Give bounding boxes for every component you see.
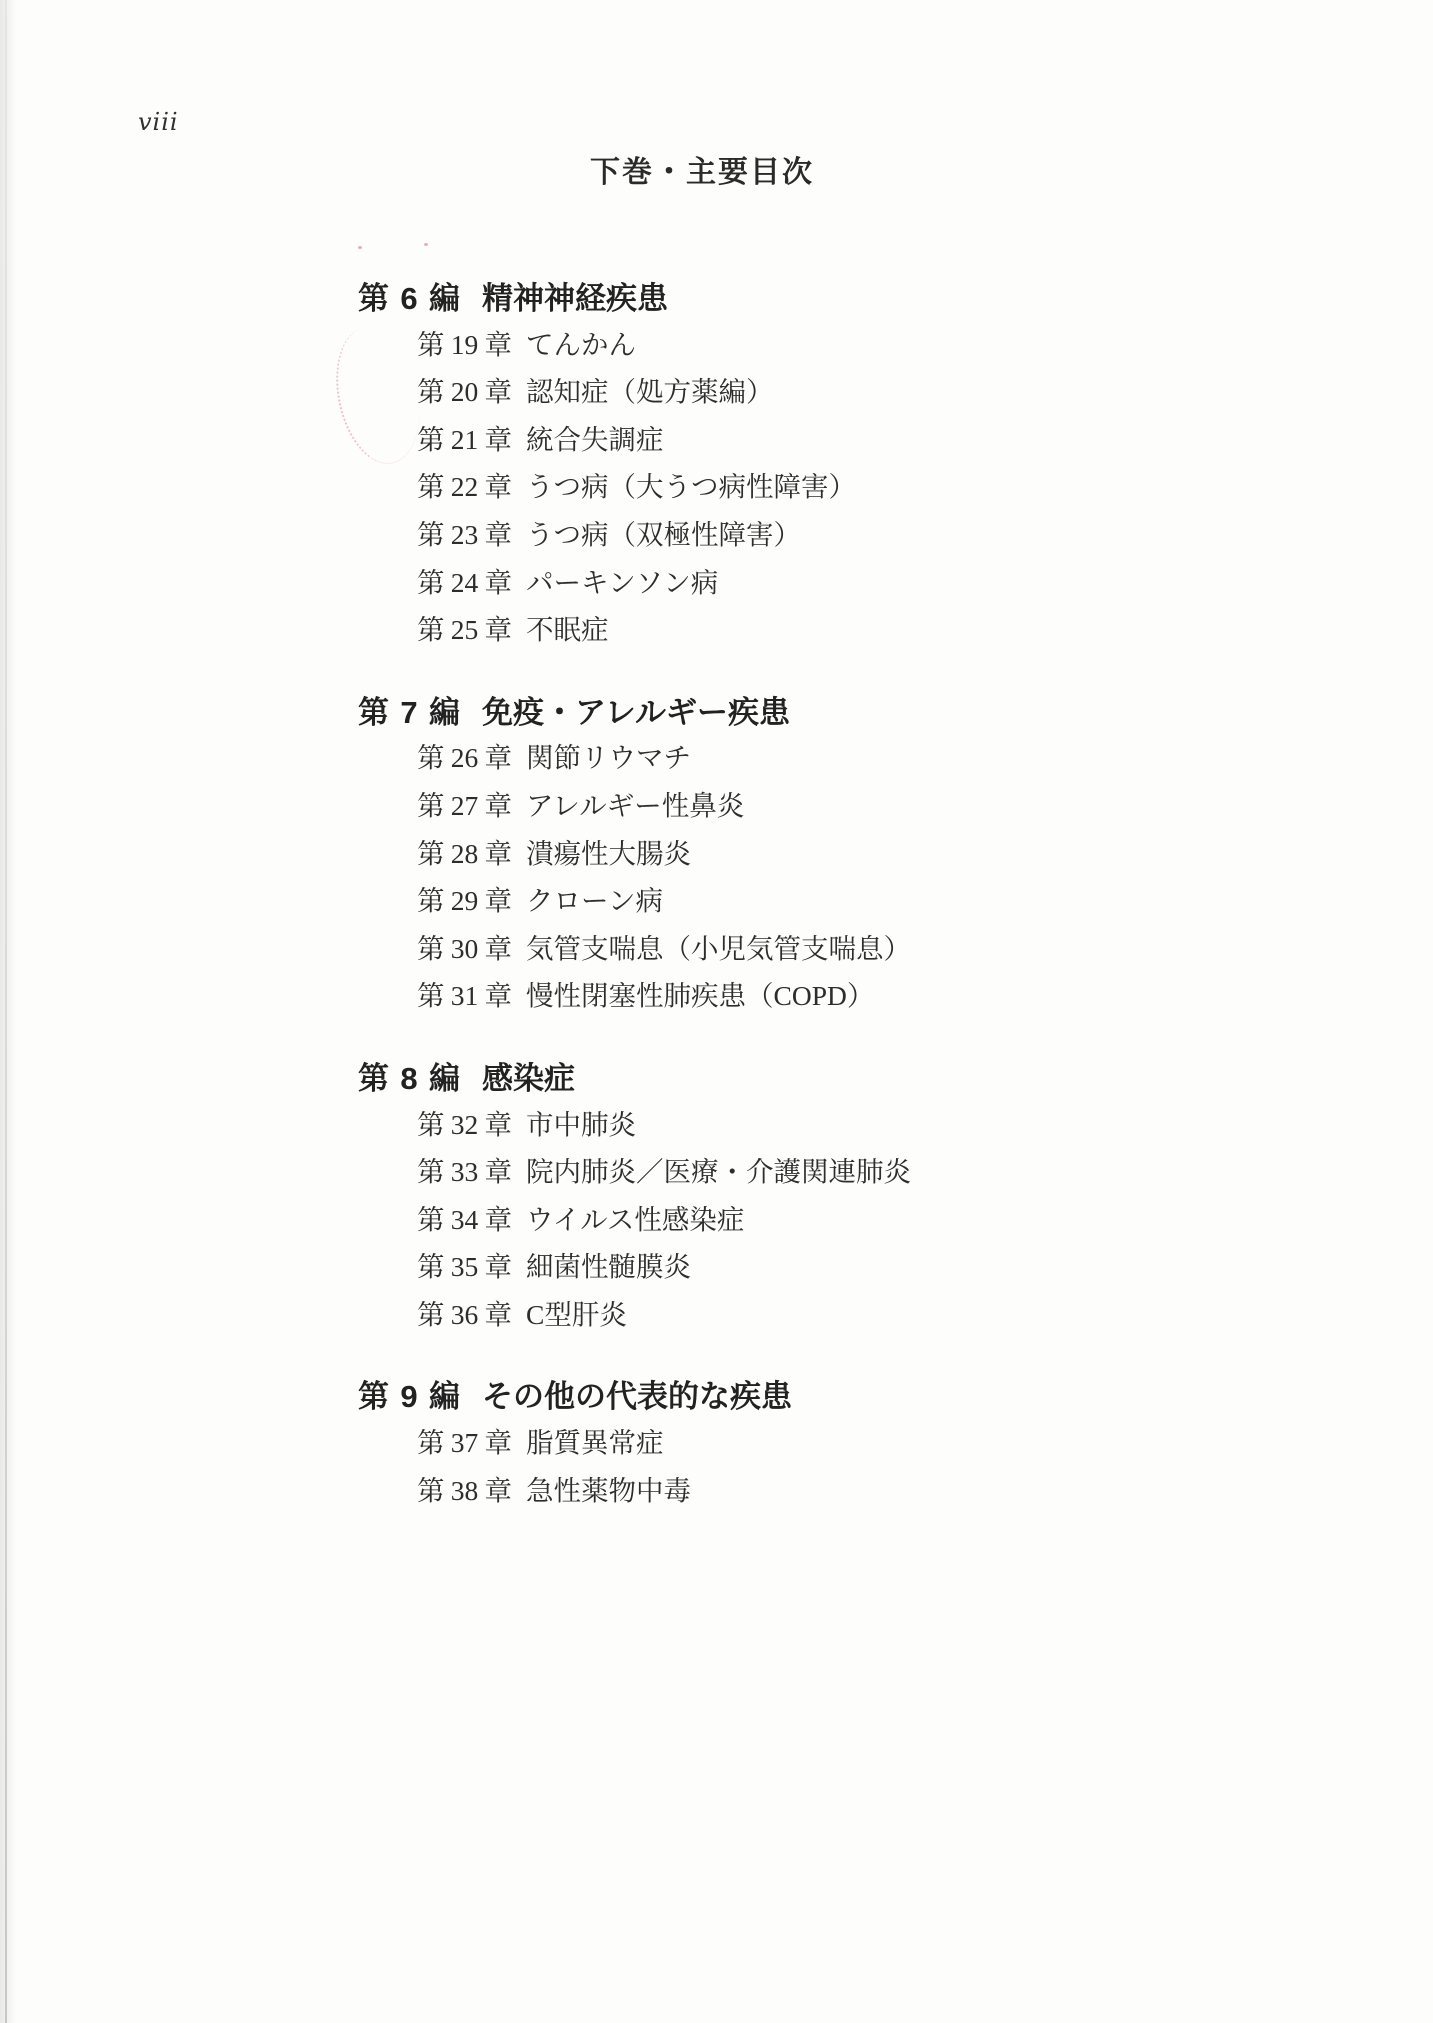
chapter-label: 第24章: [417, 567, 512, 598]
pink-speck: [424, 243, 428, 246]
chapter-title: 統合失調症: [526, 424, 664, 455]
chapter-label: 第34章: [417, 1204, 512, 1235]
part-heading: 第7編免疫・アレルギー疾患: [0, 697, 1433, 745]
chapter-label: 第32章: [417, 1109, 512, 1140]
chapter-label: 第29章: [417, 885, 512, 916]
chapter-title: C型肝炎: [526, 1299, 627, 1330]
chapter-number: 20: [445, 378, 485, 406]
chapter-row: 第30章気管支喘息（小児気管支喘息）: [0, 935, 1433, 983]
chapter-row: 第34章ウイルス性感染症: [0, 1206, 1433, 1254]
chapter-title: クローン病: [526, 885, 663, 916]
chapter-number: 23: [445, 521, 485, 549]
chapter-row: 第35章細菌性髄膜炎: [0, 1253, 1433, 1301]
chapter-row: 第23章うつ病（双極性障害）: [0, 521, 1433, 569]
part-heading: 第9編その他の代表的な疾患: [0, 1381, 1433, 1429]
chapter-row: 第31章慢性閉塞性肺疾患（COPD）: [0, 982, 1433, 1030]
chapter-label: 第25章: [417, 614, 512, 645]
chapter-label: 第28章: [417, 838, 512, 869]
chapter-title: パーキンソン病: [526, 567, 718, 598]
part-number: 7: [389, 697, 429, 728]
chapter-label: 第30章: [417, 933, 512, 964]
chapter-title: 市中肺炎: [526, 1109, 636, 1140]
pink-speck: [358, 246, 362, 249]
part-label: 第9編: [358, 1379, 460, 1414]
chapter-label: 第31章: [417, 980, 512, 1011]
chapter-row: 第25章不眠症: [0, 616, 1433, 664]
chapter-row: 第33章院内肺炎／医療・介護関連肺炎: [0, 1158, 1433, 1206]
toc-section-part6: 第6編精神神経疾患 第19章てんかん 第20章認知症（処方薬編） 第21章統合失…: [0, 283, 1433, 664]
chapter-label: 第36章: [417, 1299, 512, 1330]
part-title: その他の代表的な疾患: [482, 1379, 792, 1414]
chapter-title: 気管支喘息（小児気管支喘息）: [526, 933, 911, 964]
chapter-number: 22: [445, 473, 485, 501]
part-heading: 第8編感染症: [0, 1063, 1433, 1111]
part-title: 感染症: [482, 1061, 575, 1096]
part-title: 免疫・アレルギー疾患: [482, 695, 790, 730]
chapter-label: 第23章: [417, 519, 512, 550]
part-label: 第6編: [358, 281, 460, 316]
chapter-row: 第38章急性薬物中毒: [0, 1477, 1433, 1525]
chapter-number: 19: [445, 331, 485, 359]
chapter-number: 24: [445, 569, 485, 597]
chapter-row: 第36章C型肝炎: [0, 1301, 1433, 1349]
chapter-number: 38: [445, 1477, 485, 1505]
chapter-label: 第22章: [417, 471, 512, 502]
chapter-title: てんかん: [526, 329, 636, 360]
chapter-number: 28: [445, 840, 485, 868]
chapter-label: 第21章: [417, 424, 512, 455]
chapter-row: 第29章クローン病: [0, 887, 1433, 935]
chapter-number: 34: [445, 1206, 485, 1234]
part-number: 9: [389, 1381, 429, 1412]
chapter-row: 第22章うつ病（大うつ病性障害）: [0, 473, 1433, 521]
chapter-number: 26: [445, 744, 485, 772]
toc-section-part8: 第8編感染症 第32章市中肺炎 第33章院内肺炎／医療・介護関連肺炎 第34章ウ…: [0, 1063, 1433, 1349]
chapter-label: 第38章: [417, 1475, 512, 1506]
chapter-row: 第27章アレルギー性鼻炎: [0, 792, 1433, 840]
chapter-row: 第19章てんかん: [0, 331, 1433, 379]
part-number: 6: [389, 283, 429, 314]
chapter-title: 認知症（処方薬編）: [526, 376, 774, 407]
chapter-number: 35: [445, 1253, 485, 1281]
part-number: 8: [389, 1063, 429, 1094]
part-label: 第7編: [358, 695, 460, 730]
chapter-number: 33: [445, 1158, 485, 1186]
chapter-number: 29: [445, 887, 485, 915]
part-heading: 第6編精神神経疾患: [0, 283, 1433, 331]
chapter-title: 院内肺炎／医療・介護関連肺炎: [526, 1156, 911, 1187]
chapter-row: 第28章潰瘍性大腸炎: [0, 840, 1433, 888]
chapter-number: 36: [445, 1301, 485, 1329]
chapter-number: 27: [445, 792, 485, 820]
chapter-title: 脂質異常症: [526, 1427, 664, 1458]
chapter-number: 21: [445, 426, 485, 454]
chapter-number: 30: [445, 935, 485, 963]
chapter-row: 第20章認知症（処方薬編）: [0, 378, 1433, 426]
toc-section-part9: 第9編その他の代表的な疾患 第37章脂質異常症 第38章急性薬物中毒: [0, 1381, 1433, 1524]
chapter-number: 37: [445, 1429, 485, 1457]
chapter-number: 31: [445, 982, 485, 1010]
chapter-title: ウイルス性感染症: [526, 1204, 744, 1235]
part-title: 精神神経疾患: [482, 281, 668, 316]
chapter-title: 慢性閉塞性肺疾患（COPD）: [526, 980, 874, 1011]
chapter-title: 不眠症: [526, 614, 609, 645]
table-of-contents: 第6編精神神経疾患 第19章てんかん 第20章認知症（処方薬編） 第21章統合失…: [0, 283, 1433, 1524]
chapter-title: 潰瘍性大腸炎: [526, 838, 691, 869]
chapter-row: 第37章脂質異常症: [0, 1429, 1433, 1477]
chapter-label: 第35章: [417, 1251, 512, 1282]
chapter-label: 第33章: [417, 1156, 512, 1187]
chapter-label: 第19章: [417, 329, 512, 360]
toc-section-part7: 第7編免疫・アレルギー疾患 第26章関節リウマチ 第27章アレルギー性鼻炎 第2…: [0, 697, 1433, 1030]
chapter-row: 第21章統合失調症: [0, 426, 1433, 474]
chapter-title: うつ病（大うつ病性障害）: [526, 471, 856, 502]
chapter-title: 急性薬物中毒: [526, 1475, 691, 1506]
chapter-label: 第20章: [417, 376, 512, 407]
chapter-title: 細菌性髄膜炎: [526, 1251, 691, 1282]
page-number: viii: [138, 108, 179, 136]
chapter-title: 関節リウマチ: [526, 742, 691, 773]
chapter-title: うつ病（双極性障害）: [526, 519, 801, 550]
chapter-row: 第24章パーキンソン病: [0, 569, 1433, 617]
document-page: viii 下巻・主要目次 第6編精神神経疾患 第19章てんかん 第20章認知症（…: [0, 0, 1433, 2023]
chapter-row: 第26章関節リウマチ: [0, 744, 1433, 792]
chapter-number: 25: [445, 616, 485, 644]
chapter-label: 第27章: [417, 790, 512, 821]
chapter-number: 32: [445, 1111, 485, 1139]
chapter-title: アレルギー性鼻炎: [526, 790, 744, 821]
chapter-row: 第32章市中肺炎: [0, 1111, 1433, 1159]
chapter-label: 第26章: [417, 742, 512, 773]
chapter-label: 第37章: [417, 1427, 512, 1458]
part-label: 第8編: [358, 1061, 460, 1096]
page-title: 下巻・主要目次: [0, 147, 1404, 191]
